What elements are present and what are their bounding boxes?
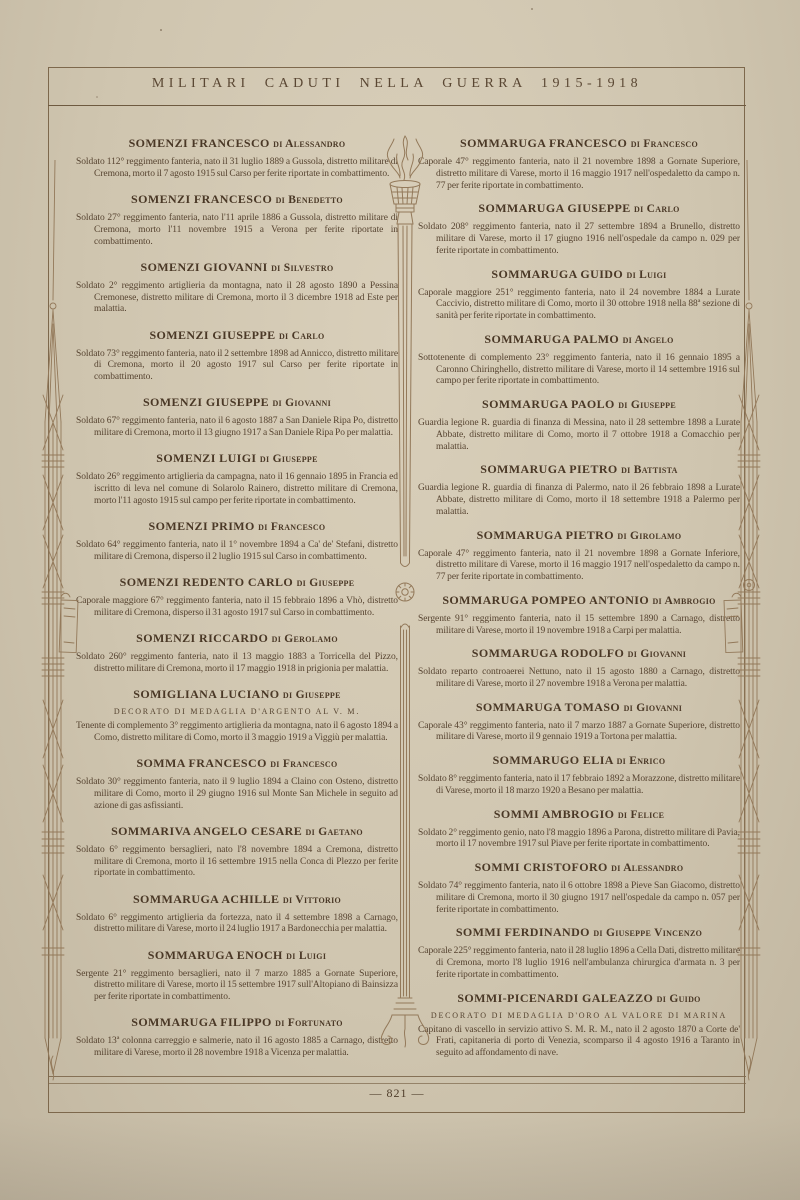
soldier-surname-name: SOMENZI FRANCESCO xyxy=(129,136,270,150)
soldier-name: SOMMI FERDINANDO di Giuseppe Vincenzo xyxy=(418,925,740,940)
soldier-surname-name: SOMENZI FRANCESCO xyxy=(131,192,272,206)
memorial-entry: SOMMARUGA POMPEO ANTONIO di Ambrogio Ser… xyxy=(418,593,740,638)
entry-biography-text: Soldato 74° reggimento fanteria, nato il… xyxy=(418,881,740,916)
soldier-surname-name: SOMMARUGA ACHILLE xyxy=(133,892,279,906)
soldier-patronymic: di Giuseppe xyxy=(260,453,318,465)
soldier-patronymic: di Guido xyxy=(657,993,701,1005)
soldier-patronymic: di Alessandro xyxy=(273,138,345,150)
soldier-patronymic: di Felice xyxy=(618,809,664,821)
footer-rule xyxy=(48,1083,746,1084)
memorial-entry: SOMMARUGA PIETRO di Girolamo Caporale 47… xyxy=(418,528,740,584)
soldier-patronymic: di Giovanni xyxy=(624,702,683,714)
entry-biography-text: Soldato 13ª colonna carreggio e salmerie… xyxy=(76,1036,398,1060)
entry-biography-text: Caporale 47° reggimento fanteria, nato i… xyxy=(418,157,740,192)
soldier-patronymic: di Fortunato xyxy=(275,1017,343,1029)
memorial-entry: SOMMI AMBROGIO di Felice Soldato 2° regg… xyxy=(418,807,740,852)
soldier-patronymic: di Giovanni xyxy=(272,397,331,409)
footer-rule xyxy=(48,1076,746,1077)
soldier-name: SOMENZI GIOVANNI di Silvestro xyxy=(76,260,398,275)
soldier-surname-name: SOMENZI GIOVANNI xyxy=(141,260,268,274)
right-column: SOMMARUGA FRANCESCO di Francesco Caporal… xyxy=(418,136,740,1060)
soldier-name: SOMMARUGA GIUSEPPE di Carlo xyxy=(418,201,740,216)
soldier-name: SOMMARUGA PIETRO di Battista xyxy=(418,462,740,477)
soldier-patronymic: di Giuseppe xyxy=(283,689,341,701)
soldier-patronymic: di Gerolamo xyxy=(272,633,338,645)
soldier-name: SOMENZI LUIGI di Giuseppe xyxy=(76,451,398,466)
soldier-surname-name: SOMMI FERDINANDO xyxy=(456,925,590,939)
memorial-entry: SOMMI CRISTOFORO di Alessandro Soldato 7… xyxy=(418,860,740,916)
memorial-entry: SOMENZI REDENTO CARLO di Giuseppe Capora… xyxy=(76,575,398,620)
soldier-name: SOMENZI GIUSEPPE di Giovanni xyxy=(76,395,398,410)
soldier-surname-name: SOMMARUGA GIUSEPPE xyxy=(478,201,630,215)
soldier-patronymic: di Enrico xyxy=(617,755,666,767)
title-separator-rule xyxy=(48,105,746,106)
soldier-patronymic: di Alessandro xyxy=(611,862,683,874)
scanned-book-page: { "page": { "header_title": "MILITARI CA… xyxy=(0,0,800,1200)
soldier-surname-name: SOMMI CRISTOFORO xyxy=(475,860,608,874)
memorial-entry: SOMENZI FRANCESCO di Benedetto Soldato 2… xyxy=(76,192,398,248)
soldier-name: SOMMARUGA TOMASO di Giovanni xyxy=(418,700,740,715)
entry-biography-text: Soldato 6° reggimento bersaglieri, nato … xyxy=(76,845,398,880)
soldier-name: SOMMARUGA FRANCESCO di Francesco xyxy=(418,136,740,151)
soldier-name: SOMMARUGA ACHILLE di Vittorio xyxy=(76,892,398,907)
running-title: MILITARI CADUTI NELLA GUERRA 1915-1918 xyxy=(48,76,746,92)
soldier-name: SOMMA FRANCESCO di Francesco xyxy=(76,756,398,771)
soldier-patronymic: di Ambrogio xyxy=(652,595,715,607)
soldier-surname-name: SOMMARUGA FILIPPO xyxy=(131,1015,271,1029)
soldier-surname-name: SOMENZI REDENTO CARLO xyxy=(120,575,294,589)
soldier-patronymic: di Luigi xyxy=(627,269,667,281)
soldier-patronymic: di Giuseppe xyxy=(618,399,676,411)
soldier-surname-name: SOMMARUGA POMPEO ANTONIO xyxy=(442,593,649,607)
entry-biography-text: Caporale 43° reggimento fanteria, nato i… xyxy=(418,721,740,745)
memorial-entry: SOMENZI LUIGI di Giuseppe Soldato 26° re… xyxy=(76,451,398,507)
soldier-patronymic: di Giuseppe Vincenzo xyxy=(593,927,702,939)
memorial-entry: SOMENZI GIOVANNI di Silvestro Soldato 2°… xyxy=(76,260,398,316)
soldier-patronymic: di Francesco xyxy=(270,758,337,770)
entry-biography-text: Soldato 6° reggimento artiglieria da for… xyxy=(76,913,398,937)
soldier-patronymic: di Luigi xyxy=(286,950,326,962)
memorial-entry: SOMMARUGA GIUSEPPE di Carlo Soldato 208°… xyxy=(418,201,740,257)
left-column: SOMENZI FRANCESCO di Alessandro Soldato … xyxy=(76,136,398,1060)
memorial-entry: SOMMARUGA FRANCESCO di Francesco Caporal… xyxy=(418,136,740,192)
soldier-surname-name: SOMMA FRANCESCO xyxy=(136,756,266,770)
entry-biography-text: Sergente 21° reggimento bersaglieri, nat… xyxy=(76,969,398,1004)
entry-biography-text: Soldato 26° reggimento artiglieria da ca… xyxy=(76,472,398,507)
entry-biography-text: Guardia legione R. guardia di finanza di… xyxy=(418,418,740,453)
soldier-name: SOMMARUGA FILIPPO di Fortunato xyxy=(76,1015,398,1030)
entry-biography-text: Caporale 47° reggimento fanteria, nato i… xyxy=(418,549,740,584)
soldier-surname-name: SOMMARUGA FRANCESCO xyxy=(460,136,627,150)
decoration-citation: DECORATO DI MEDAGLIA D'ARGENTO AL V. M. xyxy=(76,707,398,716)
soldier-patronymic: di Francesco xyxy=(258,521,325,533)
soldier-name: SOMENZI REDENTO CARLO di Giuseppe xyxy=(76,575,398,590)
soldier-patronymic: di Battista xyxy=(621,464,678,476)
memorial-entry: SOMMARUGA PIETRO di Battista Guardia leg… xyxy=(418,462,740,518)
memorial-entry: SOMMARIVA ANGELO CESARE di Gaetano Solda… xyxy=(76,824,398,880)
entry-biography-text: Capitano di vascello in servizio attivo … xyxy=(418,1025,740,1060)
entry-biography-text: Sottotenente di complemento 23° reggimen… xyxy=(418,353,740,388)
memorial-entry: SOMENZI FRANCESCO di Alessandro Soldato … xyxy=(76,136,398,181)
memorial-entry: SOMMARUGA PALMO di Angelo Sottotenente d… xyxy=(418,332,740,388)
entry-biography-text: Soldato 2° reggimento genio, nato l'8 ma… xyxy=(418,828,740,852)
entry-biography-text: Soldato 67° reggimento fanteria, nato il… xyxy=(76,416,398,440)
soldier-name: SOMENZI PRIMO di Francesco xyxy=(76,519,398,534)
memorial-entry: SOMMI FERDINANDO di Giuseppe Vincenzo Ca… xyxy=(418,925,740,981)
soldier-patronymic: di Gaetano xyxy=(306,826,363,838)
entry-biography-text: Soldato 73° reggimento fanteria, nato il… xyxy=(76,349,398,384)
soldier-name: SOMMARUGA PAOLO di Giuseppe xyxy=(418,397,740,412)
soldier-surname-name: SOMMARUGO ELIA xyxy=(493,753,614,767)
soldier-name: SOMMI AMBROGIO di Felice xyxy=(418,807,740,822)
soldier-name: SOMMARUGA ENOCH di Luigi xyxy=(76,948,398,963)
entry-biography-text: Soldato 112° reggimento fanteria, nato i… xyxy=(76,157,398,181)
entry-biography-text: Caporale maggiore 251° reggimento fanter… xyxy=(418,288,740,323)
memorial-entry: SOMMA FRANCESCO di Francesco Soldato 30°… xyxy=(76,756,398,812)
decoration-citation: DECORATO DI MEDAGLIA D'ORO AL VALORE DI … xyxy=(418,1011,740,1020)
memorial-entry: SOMMARUGA RODOLFO di Giovanni Soldato re… xyxy=(418,646,740,691)
soldier-surname-name: SOMMARIVA ANGELO CESARE xyxy=(111,824,302,838)
soldier-surname-name: SOMMI-PICENARDI GALEAZZO xyxy=(457,991,653,1005)
soldier-surname-name: SOMMARUGA RODOLFO xyxy=(472,646,624,660)
memorial-entry: SOMIGLIANA LUCIANO di Giuseppe DECORATO … xyxy=(76,687,398,745)
soldier-name: SOMENZI FRANCESCO di Benedetto xyxy=(76,192,398,207)
soldier-surname-name: SOMMARUGA PIETRO xyxy=(480,462,617,476)
entry-biography-text: Guardia legione R. guardia di finanza di… xyxy=(418,483,740,518)
soldier-name: SOMIGLIANA LUCIANO di Giuseppe xyxy=(76,687,398,702)
soldier-surname-name: SOMMARUGA TOMASO xyxy=(476,700,620,714)
entry-biography-text: Caporale maggiore 67° reggimento fanteri… xyxy=(76,596,398,620)
memorial-entry: SOMMARUGO ELIA di Enrico Soldato 8° regg… xyxy=(418,753,740,798)
memorial-entry: SOMMARUGA ACHILLE di Vittorio Soldato 6°… xyxy=(76,892,398,937)
soldier-name: SOMMARIVA ANGELO CESARE di Gaetano xyxy=(76,824,398,839)
soldier-patronymic: di Girolamo xyxy=(617,530,681,542)
soldier-name: SOMMARUGA POMPEO ANTONIO di Ambrogio xyxy=(418,593,740,608)
soldier-name: SOMMARUGA PALMO di Angelo xyxy=(418,332,740,347)
soldier-surname-name: SOMMARUGA PAOLO xyxy=(482,397,615,411)
soldier-name: SOMMARUGA RODOLFO di Giovanni xyxy=(418,646,740,661)
soldier-name: SOMMARUGO ELIA di Enrico xyxy=(418,753,740,768)
soldier-patronymic: di Vittorio xyxy=(283,894,341,906)
soldier-surname-name: SOMMARUGA PALMO xyxy=(484,332,619,346)
entry-biography-text: Soldato 30° reggimento fanteria, nato il… xyxy=(76,777,398,812)
soldier-patronymic: di Giuseppe xyxy=(297,577,355,589)
memorial-entry: SOMMI-PICENARDI GALEAZZO di Guido DECORA… xyxy=(418,991,740,1060)
soldier-surname-name: SOMMARUGA ENOCH xyxy=(148,948,283,962)
entry-biography-text: Soldato 208° reggimento fanteria, nato i… xyxy=(418,222,740,257)
soldier-name: SOMENZI FRANCESCO di Alessandro xyxy=(76,136,398,151)
memorial-entry: SOMENZI GIUSEPPE di Giovanni Soldato 67°… xyxy=(76,395,398,440)
memorial-entry: SOMMARUGA FILIPPO di Fortunato Soldato 1… xyxy=(76,1015,398,1060)
memorial-entry: SOMMARUGA TOMASO di Giovanni Caporale 43… xyxy=(418,700,740,745)
soldier-name: SOMENZI RICCARDO di Gerolamo xyxy=(76,631,398,646)
soldier-surname-name: SOMENZI LUIGI xyxy=(156,451,256,465)
soldier-patronymic: di Carlo xyxy=(634,203,680,215)
memorial-entry: SOMMARUGA GUIDO di Luigi Caporale maggio… xyxy=(418,267,740,323)
memorial-entry: SOMENZI GIUSEPPE di Carlo Soldato 73° re… xyxy=(76,328,398,384)
soldier-surname-name: SOMMARUGA PIETRO xyxy=(477,528,614,542)
entry-biography-text: Sergente 91° reggimento fanteria, nato i… xyxy=(418,614,740,638)
entry-biography-text: Caporale 225° reggimento fanteria, nato … xyxy=(418,946,740,981)
soldier-patronymic: di Silvestro xyxy=(271,262,333,274)
entry-biography-text: Soldato 2° reggimento artiglieria da mon… xyxy=(76,281,398,316)
memorial-entry: SOMENZI RICCARDO di Gerolamo Soldato 260… xyxy=(76,631,398,676)
entry-biography-text: Soldato 27° reggimento fanteria, nato l'… xyxy=(76,213,398,248)
soldier-name: SOMMARUGA GUIDO di Luigi xyxy=(418,267,740,282)
entry-biography-text: Tenente di complemento 3° reggimento art… xyxy=(76,721,398,745)
page-number: — 821 — xyxy=(48,1086,746,1101)
scan-speck xyxy=(531,8,533,10)
soldier-surname-name: SOMENZI GIUSEPPE xyxy=(143,395,269,409)
soldier-patronymic: di Francesco xyxy=(631,138,698,150)
soldier-patronymic: di Angelo xyxy=(623,334,674,346)
soldier-name: SOMMI-PICENARDI GALEAZZO di Guido xyxy=(418,991,740,1006)
scan-speck xyxy=(160,29,162,31)
soldier-name: SOMMI CRISTOFORO di Alessandro xyxy=(418,860,740,875)
entry-biography-text: Soldato reparto controaerei Nettuno, nat… xyxy=(418,667,740,691)
memorial-entry: SOMMARUGA ENOCH di Luigi Sergente 21° re… xyxy=(76,948,398,1004)
soldier-surname-name: SOMMARUGA GUIDO xyxy=(491,267,623,281)
entry-biography-text: Soldato 8° reggimento fanteria, nato il … xyxy=(418,774,740,798)
memorial-entry: SOMMARUGA PAOLO di Giuseppe Guardia legi… xyxy=(418,397,740,453)
entry-biography-text: Soldato 260° reggimento fanteria, nato i… xyxy=(76,652,398,676)
soldier-surname-name: SOMENZI GIUSEPPE xyxy=(149,328,275,342)
soldier-name: SOMENZI GIUSEPPE di Carlo xyxy=(76,328,398,343)
soldier-name: SOMMARUGA PIETRO di Girolamo xyxy=(418,528,740,543)
memorial-entry: SOMENZI PRIMO di Francesco Soldato 64° r… xyxy=(76,519,398,564)
soldier-patronymic: di Carlo xyxy=(279,330,325,342)
soldier-surname-name: SOMMI AMBROGIO xyxy=(494,807,615,821)
entry-biography-text: Soldato 64° reggimento fanteria, nato il… xyxy=(76,540,398,564)
soldier-surname-name: SOMIGLIANA LUCIANO xyxy=(133,687,279,701)
soldier-patronymic: di Benedetto xyxy=(276,194,343,206)
soldier-surname-name: SOMENZI RICCARDO xyxy=(136,631,268,645)
soldier-patronymic: di Giovanni xyxy=(628,648,687,660)
soldier-surname-name: SOMENZI PRIMO xyxy=(149,519,255,533)
